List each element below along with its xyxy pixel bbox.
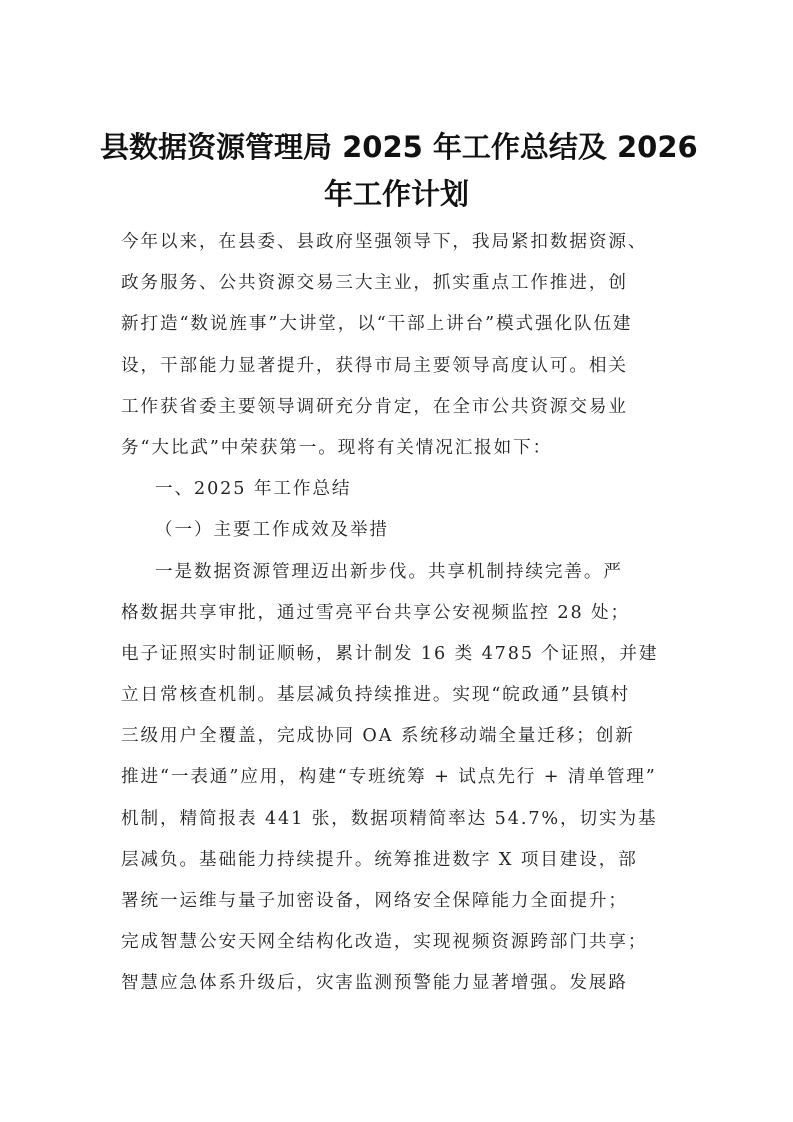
subsection-heading: （一）主要工作成效及举措 [121,510,681,551]
text-line: 智慧应急体系升级后，灾害监测预警能力显著增强。发展路 [121,963,681,1004]
text-line: 一是数据资源管理迈出新步伐。共享机制持续完善。严 [121,552,681,593]
text-line: 层减负。基础能力持续提升。统筹推进数字 X 项目建设，部 [121,840,681,881]
body-paragraph: 一是数据资源管理迈出新步伐。共享机制持续完善。严 格数据共享审批，通过雪亮平台共… [121,552,681,1005]
text-line: 立日常核查机制。基层减负持续推进。实现“皖政通”县镇村 [121,675,681,716]
text-line: 机制，精简报表 441 张，数据项精简率达 54.7%，切实为基 [121,799,681,840]
text-line: 电子证照实时制证顺畅，累计制发 16 类 4785 个证照，并建 [121,634,681,675]
document-title: 县数据资源管理局 2025 年工作总结及 2026 年工作计划 [100,124,693,218]
text-line: 政务服务、公共资源交易三大主业，抓实重点工作推进，创 [121,263,681,304]
text-line: 三级用户全覆盖，完成协同 OA 系统移动端全量迁移；创新 [121,716,681,757]
document-body: 今年以来，在县委、县政府坚强领导下，我局紧扣数据资源、 政务服务、公共资源交易三… [121,222,681,1005]
text-line: 务“大比武”中荣获第一。现将有关情况汇报如下： [121,428,681,469]
text-line: 今年以来，在县委、县政府坚强领导下，我局紧扣数据资源、 [121,222,681,263]
document-page: 县数据资源管理局 2025 年工作总结及 2026 年工作计划 今年以来，在县委… [0,0,793,1122]
text-line: 新打造“数说旌事”大讲堂，以“干部上讲台”模式强化队伍建 [121,304,681,345]
intro-paragraph: 今年以来，在县委、县政府坚强领导下，我局紧扣数据资源、 政务服务、公共资源交易三… [121,222,681,469]
text-line: 设，干部能力显著提升，获得市局主要领导高度认可。相关 [121,346,681,387]
title-line-1: 县数据资源管理局 2025 年工作总结及 2026 [100,124,693,171]
text-line: 工作获省委主要领导调研充分肯定，在全市公共资源交易业 [121,387,681,428]
text-line: 推进“一表通”应用，构建“专班统筹 + 试点先行 + 清单管理” [121,757,681,798]
section-heading: 一、2025 年工作总结 [121,469,681,510]
title-line-2: 年工作计划 [100,171,693,218]
text-line: 完成智慧公安天网全结构化改造，实现视频资源跨部门共享； [121,922,681,963]
text-line: 署统一运维与量子加密设备，网络安全保障能力全面提升； [121,881,681,922]
text-line: 格数据共享审批，通过雪亮平台共享公安视频监控 28 处； [121,593,681,634]
